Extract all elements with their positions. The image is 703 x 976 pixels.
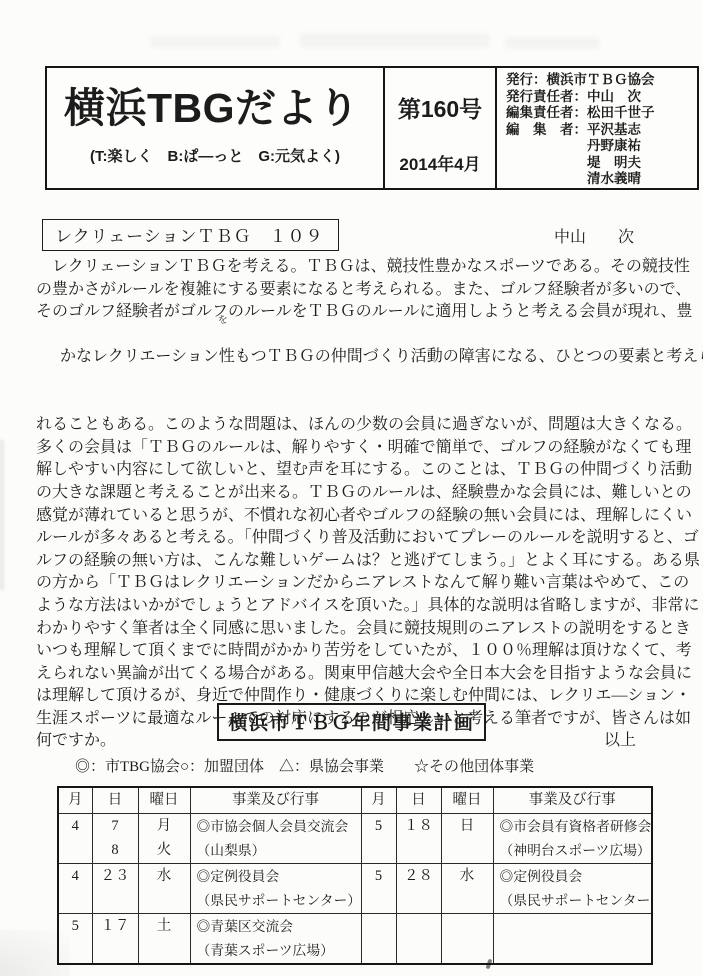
body-line: 多くの会員は「ＴＢＧのルールは、解りやすく・明確で簡単で、ゴルフの経験がなくても…	[36, 437, 688, 460]
masthead-issue-column: 第160号 2014年4月	[385, 68, 497, 188]
body-line: 感覚が薄れていると思うが、不慣れな初心者やゴルフの経験の無い会員には、理解しにく…	[36, 505, 688, 528]
scan-edge-artifact	[0, 440, 6, 590]
schedule-title: 横浜市ＴＢＧ年間事業計画	[217, 703, 485, 741]
cell-day: １８	[396, 814, 441, 864]
body-line: えられない異論が出てくる場合がある。関東甲信越大会や全日本大会を目指すような会員…	[36, 663, 688, 686]
table-row: 5 １７ 土 ◎青葉区交流会（青葉スポーツ広場）	[58, 914, 652, 964]
body-line: わかりやすく筆者は全く同感に思いました。会員に競技規則のニアレストの説明をすると…	[36, 618, 688, 641]
masthead-title-column: 横浜TBGだより (T:楽しく B:ぱ―っと G:元気よく)	[47, 68, 385, 188]
publisher-line: 発行責任者：中山 次	[506, 89, 697, 106]
body-line: ルールが多々あると考える。「仲間づくり普及活動においてプレーのルールを説明すると…	[36, 527, 688, 550]
cell-event: ◎定例役員会（県民サポートセンター）	[493, 864, 652, 914]
bleedthrough-ghost	[300, 33, 490, 48]
publisher-line: 丹野康祐	[506, 138, 697, 155]
cell-event: ◎定例役員会（県民サポートセンター）	[190, 864, 361, 914]
body-line: かなレクリエーション性もつＴＢＧの仲間づくり活動の障害になる、ひとつの要素と考え…	[36, 324, 688, 414]
publisher-line: 編 集 者：平沢基志	[506, 122, 697, 139]
cell-month: 4	[58, 864, 92, 914]
body-line: そのゴルフ経験者がゴルフのルールをＴＢＧのルールに適用しようと考える会員が現れ、…	[36, 301, 688, 324]
col-header-event: 事業及び行事	[493, 787, 652, 814]
col-header-weekday: 曜日	[441, 787, 493, 814]
body-line: ルフの経験の無い方は、こんな難しいゲームは？と逃げてしまう。」とよく耳にする。あ…	[36, 550, 688, 573]
cell-weekday	[441, 914, 493, 964]
article-body: レクリェーションＴＢＧを考える。ＴＢＧは、競技性豊かなスポーツである。その競技性…	[36, 256, 688, 753]
publisher-line: 清水義晴	[506, 171, 697, 188]
schedule-table: 月 日 曜日 事業及び行事 月 日 曜日 事業及び行事 4 78 月火 ◎市協会…	[57, 786, 653, 965]
col-header-month: 月	[58, 787, 92, 814]
schedule-section: 横浜市ＴＢＧ年間事業計画	[0, 703, 703, 741]
cell-weekday: 水	[138, 864, 190, 914]
cell-event: ◎青葉区交流会（青葉スポーツ広場）	[190, 914, 361, 964]
cell-month: 4	[58, 814, 92, 864]
article-header: レクリェーションＴＢＧ １０９ 中山 次	[42, 219, 634, 249]
cell-month	[361, 914, 396, 964]
cell-weekday: 日	[441, 814, 493, 864]
cell-day: ２８	[396, 864, 441, 914]
body-line: ような方法はいかがでしょうとアドバイスを頂いた。」具体的な説明は省略しますが、非…	[36, 595, 688, 618]
col-header-month: 月	[361, 787, 396, 814]
cell-day: 78	[92, 814, 138, 864]
body-line: の方から「ＴＢＧはレクリエーションだからニアレストなんて解り難い言葉はやめて、こ…	[36, 572, 688, 595]
col-header-event: 事業及び行事	[190, 787, 361, 814]
table-row: 4 78 月火 ◎市協会個人会員交流会（山梨県） 5 １８ 日 ◎市会員有資格者…	[58, 814, 652, 864]
masthead: 横浜TBGだより (T:楽しく B:ぱ―っと G:元気よく) 第160号 201…	[45, 66, 699, 190]
body-line: れることもある。このような問題は、ほんの少数の会員に過ぎないが、問題は大きくなる…	[36, 414, 688, 437]
schedule-legend: ◎：市TBG協会○：加盟団体 △：県協会事業 ☆その他団体事業	[75, 755, 534, 776]
publisher-info: 発行：横浜市ＴＢＧ協会 発行責任者：中山 次 編集責任者：松田千世子 編 集 者…	[497, 68, 697, 188]
table-row: 4 ２３ 水 ◎定例役員会（県民サポートセンター） 5 ２８ 水 ◎定例役員会（…	[58, 864, 652, 914]
body-line: の大きな課題と考えることが出来る。ＴＢＧのルールは、経験豊かな会員には、難しいと…	[36, 482, 688, 505]
publisher-line: 堤 明夫	[506, 155, 697, 172]
cell-weekday: 月火	[138, 814, 190, 864]
cell-month: 5	[361, 864, 396, 914]
cell-event	[493, 914, 652, 964]
cell-day: １７	[92, 914, 138, 964]
cell-weekday: 水	[441, 864, 493, 914]
table-header-row: 月 日 曜日 事業及び行事 月 日 曜日 事業及び行事	[58, 787, 652, 814]
handwritten-insert: を	[217, 315, 228, 326]
newsletter-page: 横浜TBGだより (T:楽しく B:ぱ―っと G:元気よく) 第160号 201…	[0, 0, 703, 976]
cell-event: ◎市会員有資格者研修会（神明台スポーツ広場）	[493, 814, 652, 864]
cell-month: 5	[58, 914, 92, 964]
cell-event: ◎市協会個人会員交流会（山梨県）	[190, 814, 361, 864]
publisher-line: 編集責任者：松田千世子	[506, 105, 697, 122]
col-header-day: 日	[92, 787, 138, 814]
newsletter-title: 横浜TBGだより	[64, 75, 383, 134]
issue-number: 第160号	[385, 91, 495, 124]
cell-day	[396, 914, 441, 964]
article-title: レクリェーションＴＢＧ １０９	[42, 219, 339, 251]
publisher-line: 発行：横浜市ＴＢＧ協会	[506, 72, 697, 89]
cell-month: 5	[361, 814, 396, 864]
article-author: 中山 次	[554, 224, 634, 247]
body-line-text: かなレクリエーション性もつＴＢＧの仲間づくり活動の障害になる、ひとつの要素と考え…	[60, 348, 703, 365]
cell-day: ２３	[92, 864, 138, 914]
col-header-day: 日	[396, 787, 441, 814]
bleedthrough-ghost	[505, 37, 600, 49]
body-line: レクリェーションＴＢＧを考える。ＴＢＧは、競技性豊かなスポーツである。その競技性	[36, 256, 688, 279]
issue-date: 2014年4月	[385, 150, 495, 175]
body-line: の豊かさがルールを複雑にする要素になると考えられる。また、ゴルフ経験者が多いので…	[36, 279, 688, 302]
body-line: 解しやすい内容にして欲しいと、望む声を耳にする。このことは、ＴＢＧの仲間づくり活…	[36, 459, 688, 482]
col-header-weekday: 曜日	[138, 787, 190, 814]
bleedthrough-ghost	[150, 36, 280, 48]
newsletter-subtitle: (T:楽しく B:ぱ―っと G:元気よく)	[47, 145, 383, 166]
body-line: いつも理解して頂くまでに時間がかかり苦労をしていたが、１００％理解は頂けなくて、…	[36, 640, 688, 663]
cell-weekday: 土	[138, 914, 190, 964]
